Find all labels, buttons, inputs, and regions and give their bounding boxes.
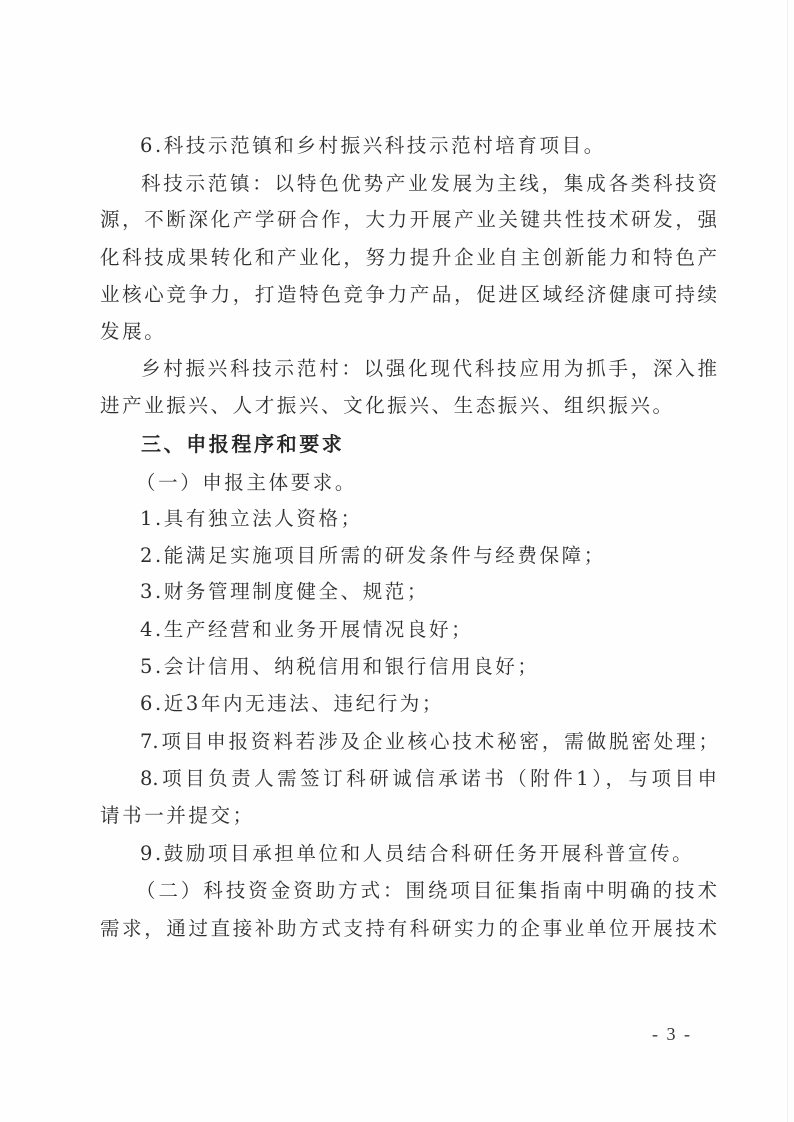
text-line: （一）申报主体要求。: [136, 468, 357, 498]
text-line: 请书一并提交；: [100, 801, 255, 831]
text-line: 6.近3年内无违法、违纪行为；: [140, 689, 444, 719]
text-line: 需求，通过直接补助方式支持有科研实力的企事业单位开展技术: [100, 914, 717, 944]
text-line: 科技示范镇：以特色优势产业发展为主线，集成各类科技资: [141, 169, 717, 199]
text-line: 3.财务管理制度健全、规范；: [140, 577, 429, 607]
text-line: 化科技成果转化和产业化，努力提升企业自主创新能力和特色产: [100, 243, 717, 273]
text-line: 2.能满足实施项目所需的研发条件与经费保障；: [140, 541, 606, 571]
text-line: 1.具有独立法人资格；: [140, 504, 363, 534]
text-line: 5.会计信用、纳税信用和银行信用良好；: [140, 652, 540, 682]
text-line: 发展。: [100, 317, 166, 347]
text-line: 源，不断深化产学研合作，大力开展产业关键共性技术研发，强: [100, 205, 717, 235]
text-line: 4.生产经营和业务开展情况良好；: [140, 615, 473, 645]
page-edge-line: [787, 0, 788, 1122]
text-line: 7.项目申报资料若涉及企业核心技术秘密，需做脱密处理；: [140, 727, 718, 757]
text-line: 9.鼓励项目承担单位和人员结合科研任务开展科普宣传。: [140, 839, 694, 869]
text-line: 6.科技示范镇和乡村振兴科技示范村培育项目。: [140, 131, 606, 161]
text-line: 8.项目负责人需签订科研诚信承诺书（附件1），与项目申: [140, 764, 717, 794]
text-line: 业核心竞争力，打造特色竞争力产品，促进区域经济健康可持续: [100, 280, 717, 310]
document-page: 6.科技示范镇和乡村振兴科技示范村培育项目。科技示范镇：以特色优势产业发展为主线…: [0, 0, 794, 1122]
text-line: （二）科技资金资助方式：围绕项目征集指南中明确的技术: [136, 876, 717, 906]
text-line: 进产业振兴、人才振兴、文化振兴、生态振兴、组织振兴。: [100, 391, 675, 421]
text-line: 乡村振兴科技示范村：以强化现代科技应用为抓手，深入推: [141, 354, 717, 384]
section-heading: 三、申报程序和要求: [141, 429, 344, 459]
page-number: - 3 -: [652, 1021, 692, 1047]
